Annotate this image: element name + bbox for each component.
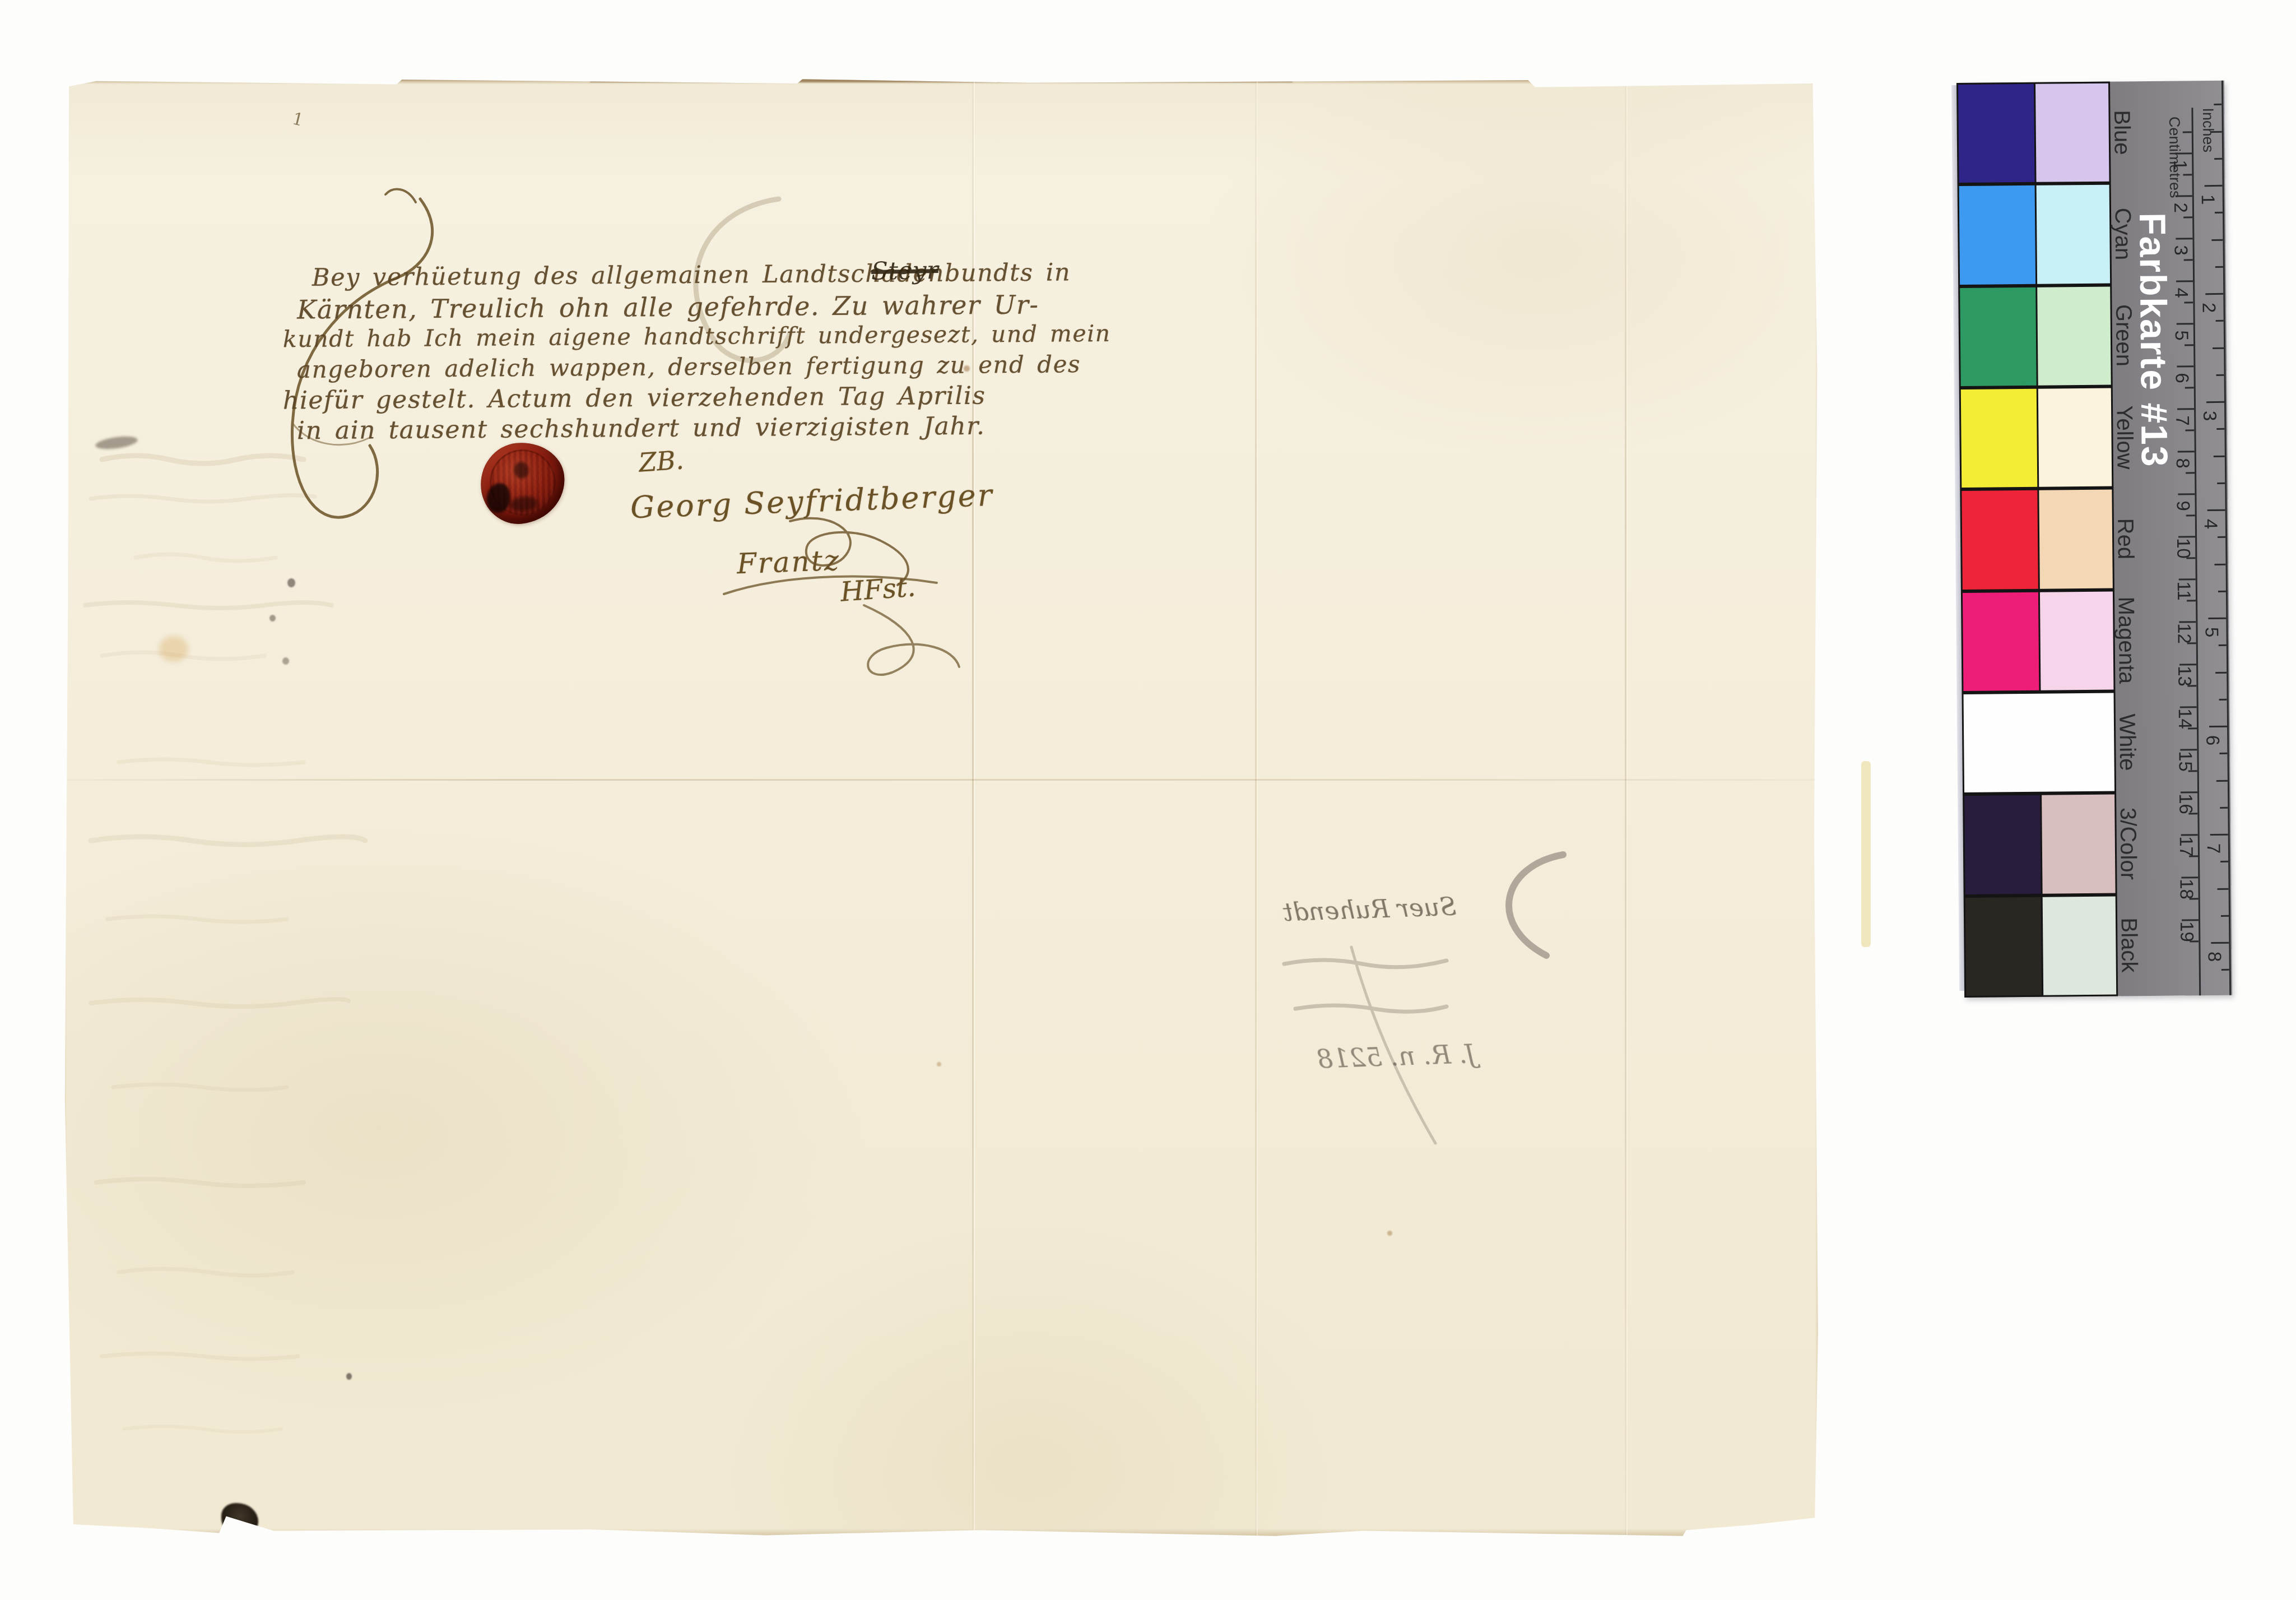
paper-tear-hole xyxy=(221,1503,258,1536)
inch-tick-2 xyxy=(2205,293,2223,295)
inch-minor-tick xyxy=(2218,591,2226,592)
cm-tick-9 xyxy=(2178,493,2195,495)
inch-tick-1 xyxy=(2205,185,2223,187)
showthrough-big-c xyxy=(1479,846,1580,970)
ink-dot xyxy=(287,578,295,587)
swatch-row-Red xyxy=(1960,488,2114,591)
tear-shadow xyxy=(214,1533,264,1542)
cm-half-tick xyxy=(2187,600,2196,601)
manuscript-struck-word: Steyr xyxy=(871,258,939,284)
cm-half-tick xyxy=(2190,940,2199,942)
inch-number-3: 3 xyxy=(2199,411,2220,421)
cm-number-5: 5 xyxy=(2171,330,2192,341)
cm-number-13: 13 xyxy=(2174,666,2195,687)
cm-number-3: 3 xyxy=(2170,245,2192,256)
inch-minor-tick xyxy=(2216,428,2224,430)
cm-number-6: 6 xyxy=(2172,373,2193,383)
swatch-Red-tint xyxy=(2039,490,2113,588)
swatch-label-Blue: Blue xyxy=(2109,110,2135,155)
cm-number-9: 9 xyxy=(2173,500,2194,511)
swatch-Green-tint xyxy=(2037,286,2111,385)
cm-half-tick xyxy=(2185,344,2193,346)
cm-number-7: 7 xyxy=(2172,415,2193,426)
inch-minor-tick xyxy=(2215,671,2227,673)
dark-speck xyxy=(346,1373,352,1380)
color-calibration-card: Farbkarte #13 Centimetres Inches 1234567… xyxy=(1956,81,2232,998)
underlying-sheet-sliver xyxy=(1861,761,1871,947)
cm-number-19: 19 xyxy=(2176,921,2197,942)
inch-number-2: 2 xyxy=(2198,303,2219,313)
inch-minor-tick xyxy=(2214,158,2222,160)
cm-half-tick xyxy=(2188,727,2197,729)
ink-dot xyxy=(282,657,289,665)
ink-dot xyxy=(269,615,276,622)
cm-number-18: 18 xyxy=(2176,879,2197,899)
swatch-row-White xyxy=(1962,692,2116,795)
scan-background: 1 Bey verhüetung des allgemainen Landtsc… xyxy=(0,0,2296,1600)
cm-number-2: 2 xyxy=(2170,202,2191,213)
inch-minor-tick xyxy=(2214,455,2225,457)
showthrough-number: J. R. n. 5218 xyxy=(1316,1041,1476,1072)
inch-minor-tick xyxy=(2219,753,2227,754)
cm-half-tick xyxy=(2185,387,2194,388)
swatch-label-Magenta: Magenta xyxy=(2113,597,2139,684)
inch-number-4: 4 xyxy=(2200,519,2221,530)
swatch-Red-saturated xyxy=(1962,490,2038,589)
cm-half-tick xyxy=(2184,302,2193,303)
inch-number-8: 8 xyxy=(2204,952,2225,962)
inch-tick-4 xyxy=(2207,509,2225,511)
inch-minor-tick xyxy=(2218,888,2229,889)
swatch-row-Yellow xyxy=(1959,387,2114,490)
fox-spot xyxy=(1387,1231,1392,1236)
paper-top-edge-dark xyxy=(590,80,1293,82)
inch-minor-tick xyxy=(2217,483,2225,484)
manuscript-page: 1 Bey verhüetung des allgemainen Landtsc… xyxy=(63,78,1820,1537)
cm-half-tick xyxy=(2183,216,2192,218)
vertical-fold-crease xyxy=(1255,78,1257,1537)
swatch-Cyan-saturated xyxy=(1959,185,2036,284)
manuscript-line-3: kundt hab Ich mein aigene handtschrifft … xyxy=(283,322,1111,351)
cm-tick-4 xyxy=(2176,280,2193,282)
cm-half-tick xyxy=(2186,557,2195,559)
inch-minor-tick xyxy=(2215,212,2223,214)
swatch-Magenta-tint xyxy=(2040,591,2114,690)
cm-number-8: 8 xyxy=(2172,458,2193,469)
paper-right-edge xyxy=(1815,78,1820,1537)
swatch-label-Black: Black xyxy=(2116,918,2142,973)
card-title: Farbkarte #13 xyxy=(2131,212,2176,468)
swatch-Yellow-saturated xyxy=(1961,389,2038,488)
inch-minor-tick xyxy=(2219,644,2227,646)
cm-tick-11 xyxy=(2179,578,2196,580)
inch-minor-tick xyxy=(2219,699,2227,701)
signature-paraph: ZB. xyxy=(638,447,684,475)
swatch-Magenta-saturated xyxy=(1963,592,2039,690)
cm-half-tick xyxy=(2183,174,2192,175)
manuscript-line-4: angeboren adelich wappen, derselben fert… xyxy=(297,353,1081,382)
swatch-row-Green xyxy=(1958,285,2113,388)
cm-half-tick xyxy=(2185,429,2194,431)
cm-number-17: 17 xyxy=(2176,836,2197,857)
color-swatch-grid xyxy=(1956,82,2118,998)
cm-tick-3 xyxy=(2176,238,2192,239)
showthrough-heading: Suer Ruhendt xyxy=(1282,895,1457,926)
swatch-Yellow-tint xyxy=(2038,388,2112,487)
cm-half-tick xyxy=(2183,131,2192,133)
inch-tick-6 xyxy=(2209,726,2227,727)
corner-numbering-mark: 1 xyxy=(290,109,305,131)
cm-tick-8 xyxy=(2178,451,2195,452)
cm-tick-1 xyxy=(2175,152,2192,154)
cm-half-tick xyxy=(2187,685,2196,687)
inch-minor-tick xyxy=(2216,320,2224,322)
inch-number-1: 1 xyxy=(2197,194,2219,205)
inch-minor-tick xyxy=(2213,347,2224,349)
swatch-label-Cyan: Cyan xyxy=(2109,208,2135,261)
paper-left-edge xyxy=(63,78,67,1537)
swatch-row-Cyan xyxy=(1958,183,2112,286)
inch-tick-3 xyxy=(2206,401,2224,403)
cm-tick-2 xyxy=(2176,195,2192,197)
cm-half-tick xyxy=(2184,259,2193,261)
inch-minor-tick xyxy=(2218,536,2225,538)
fox-stain xyxy=(159,636,188,662)
cm-half-tick xyxy=(2186,472,2195,474)
cm-half-tick xyxy=(2187,642,2196,644)
swatch-3/Color-saturated xyxy=(1964,795,2041,894)
swatch-White-full xyxy=(1964,693,2115,793)
swatch-label-Green: Green xyxy=(2111,304,2136,367)
swatch-row-Blue xyxy=(1956,82,2111,185)
swatch-Cyan-tint xyxy=(2037,185,2111,284)
cm-number-14: 14 xyxy=(2174,708,2196,729)
cm-number-12: 12 xyxy=(2173,623,2195,644)
cm-half-tick xyxy=(2189,855,2198,857)
cm-number-1: 1 xyxy=(2169,160,2191,170)
inch-minor-tick xyxy=(2216,374,2224,376)
swatch-label-Yellow: Yellow xyxy=(2112,405,2137,470)
swatch-Blue-tint xyxy=(2035,84,2109,182)
inch-ruler-label: Inches xyxy=(2199,108,2217,152)
inch-minor-tick xyxy=(2211,239,2223,240)
swatch-label-Red: Red xyxy=(2112,518,2138,560)
vertical-fold-crease xyxy=(1625,78,1626,1537)
inch-minor-tick xyxy=(2220,807,2228,809)
inch-minor-tick xyxy=(2221,915,2229,917)
inch-minor-tick xyxy=(2216,780,2228,781)
swatch-Black-saturated xyxy=(1965,897,2042,995)
inch-minor-tick xyxy=(2215,266,2223,268)
showthrough-strokes-left xyxy=(68,415,629,1480)
fox-spot xyxy=(937,1062,941,1066)
cm-number-11: 11 xyxy=(2173,581,2195,601)
inch-minor-tick xyxy=(2221,969,2229,971)
cm-half-tick xyxy=(2190,898,2199,899)
inch-tick-8 xyxy=(2211,942,2229,944)
cm-tick-5 xyxy=(2177,323,2193,324)
inch-tick-7 xyxy=(2210,834,2228,836)
swatch-row-3/Color xyxy=(1963,793,2117,896)
cm-tick-7 xyxy=(2177,408,2194,410)
closing-paraph-flourish xyxy=(847,594,970,684)
manuscript-line-5: hiefür gestelt. Actum den vierzehenden T… xyxy=(283,384,986,414)
swatch-Green-saturated xyxy=(1960,287,2037,386)
swatch-row-Black xyxy=(1964,894,2118,998)
cm-number-15: 15 xyxy=(2174,751,2196,772)
inch-minor-tick xyxy=(2211,131,2222,132)
cm-ruler-label: Centimetres xyxy=(2165,117,2183,198)
swatch-Black-tint xyxy=(2043,896,2117,995)
cm-half-tick xyxy=(2188,813,2197,814)
paper-top-edge xyxy=(63,78,1820,84)
swatch-row-Magenta xyxy=(1961,590,2116,693)
inch-number-5: 5 xyxy=(2201,627,2222,638)
manuscript-line-6: in ain tausent sechshundert und vierzigi… xyxy=(297,414,986,444)
inch-minor-tick xyxy=(2220,861,2228,862)
cm-number-4: 4 xyxy=(2170,287,2192,298)
inch-minor-tick xyxy=(2214,104,2221,105)
swatch-3/Color-tint xyxy=(2042,795,2116,893)
cm-tick-6 xyxy=(2177,365,2193,367)
swatch-label-White: White xyxy=(2114,713,2140,771)
cm-half-tick xyxy=(2188,770,2197,772)
swatch-Blue-saturated xyxy=(1958,84,2035,183)
inch-number-6: 6 xyxy=(2202,735,2223,746)
swatch-label-3/Color: 3/Color xyxy=(2115,808,2141,880)
cm-number-16: 16 xyxy=(2175,794,2196,814)
paper-bottom-edge xyxy=(63,1529,1820,1537)
manuscript-line-1: Bey verhüetung des allgemainen Landtscha… xyxy=(312,261,1071,290)
manuscript-line-2: Kärnten, Treulich ohn alle gefehrde. Zu … xyxy=(297,291,1039,322)
cm-number-10: 10 xyxy=(2173,538,2194,559)
cm-half-tick xyxy=(2186,514,2195,516)
inch-minor-tick xyxy=(2215,563,2226,565)
inch-number-7: 7 xyxy=(2203,843,2224,854)
inch-tick-5 xyxy=(2208,618,2226,619)
